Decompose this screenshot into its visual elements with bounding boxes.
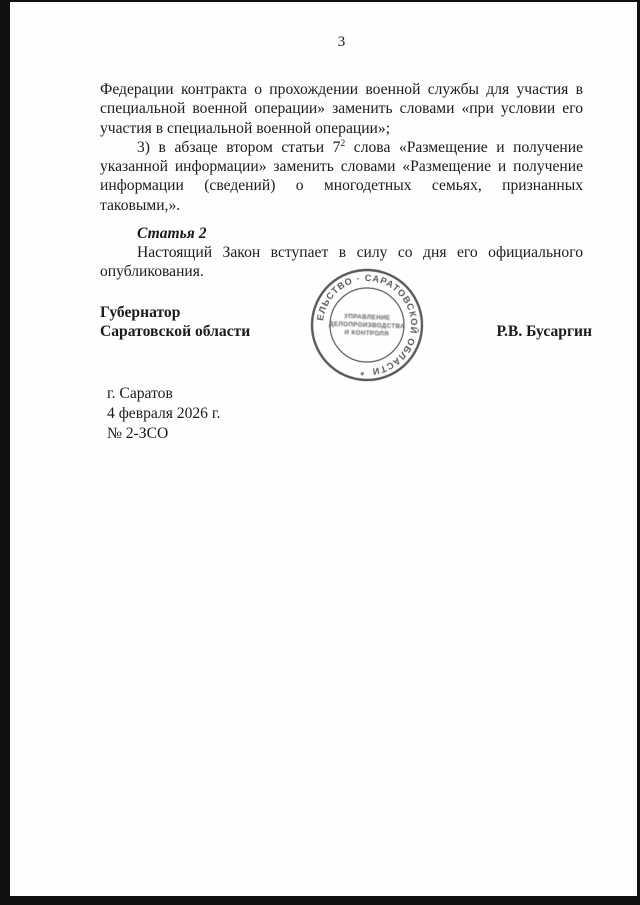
clause-3-text-before-sup: 3) в абзаце втором статьи 7 [137,139,340,156]
scan-edge-left [0,0,10,905]
official-round-stamp: ПРАВИТЕЛЬСТВО · САРАТОВСКОЙ ОБЛАСТИ * УП… [295,253,440,398]
stamp-star-icon: * [360,366,365,377]
stamp-center-line3: И КОНТРОЛЯ [344,329,389,338]
page-number: 3 [100,34,583,51]
stamp-center-line2: ДЕЛОПРОИЗВОДСТВА [329,321,405,331]
document-footer: г. Саратов 4 февраля 2026 г. № 2-ЗСО [107,384,220,443]
paragraph-clause-3: 3) в абзаце втором статьи 72 слова «Разм… [100,138,583,215]
signer-name: Р.В. Бусаргин [496,322,592,341]
article-2-heading: Статья 2 [100,224,583,243]
paragraph-continuation: Федерации контракта о прохождении военно… [100,80,583,138]
scanned-document-page: 3 Федерации контракта о прохождении воен… [0,0,640,905]
footer-date: 4 февраля 2026 г. [107,404,220,424]
footer-city: г. Саратов [107,384,220,404]
footer-number: № 2-ЗСО [107,424,220,444]
document-body: Федерации контракта о прохождении военно… [100,80,583,281]
signer-position-line2: Саратовской области [100,322,250,341]
scan-edge-bottom [0,896,640,905]
scan-edge-top [0,0,640,2]
signer-position: Губернатор Саратовской области [100,303,250,342]
stamp-center-text: УПРАВЛЕНИЕ ДЕЛОПРОИЗВОДСТВА И КОНТРОЛЯ [329,313,406,339]
signer-position-line1: Губернатор [100,303,250,322]
